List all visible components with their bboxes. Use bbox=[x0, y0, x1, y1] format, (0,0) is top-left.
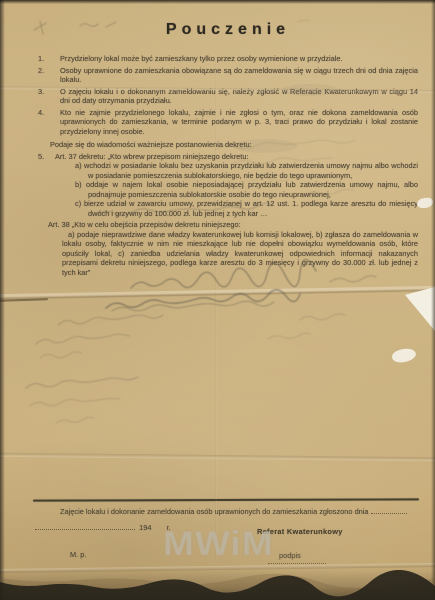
typed-content: Pouczenie 1. Przydzielony lokal może być… bbox=[38, 20, 418, 277]
signature-dotted-line bbox=[268, 562, 326, 564]
paper-damage-spot bbox=[391, 347, 417, 365]
date-fill-dots bbox=[371, 506, 407, 514]
article-37-point-c: c) bierze udział w zawarciu umowy, przew… bbox=[75, 199, 418, 218]
article-38-body: a) podaje nieprawdziwe dane władzy kwate… bbox=[62, 230, 418, 278]
item-number: 3. bbox=[38, 87, 60, 106]
item-number: 2. bbox=[38, 66, 60, 85]
handwritten-line bbox=[26, 377, 138, 388]
footer-date-line: 194r. bbox=[35, 522, 171, 533]
handwritten-line bbox=[36, 334, 129, 344]
handwritten-line bbox=[112, 301, 274, 311]
article-37-body: Art. 37 dekretu: „Kto wbrew przepisom ni… bbox=[55, 152, 418, 219]
paper-damage-spot bbox=[416, 197, 433, 209]
handwritten-line bbox=[40, 352, 82, 358]
list-item: 1. Przydzielony lokal może być zamieszka… bbox=[38, 54, 418, 64]
paper-crease bbox=[0, 286, 435, 301]
paper-crease-vertical bbox=[215, 60, 217, 560]
seal-abbreviation: M. p. bbox=[70, 550, 86, 560]
year-prefix: 194 bbox=[139, 523, 151, 532]
footer-declaration-line: Zajęcie lokalu i dokonanie zameldowania … bbox=[60, 506, 420, 517]
item-text: Osoby uprawnione do zamieszkania obowiąz… bbox=[60, 66, 418, 85]
footer-divider-line bbox=[33, 498, 419, 501]
handwritten-line bbox=[30, 399, 120, 407]
handwritten-line bbox=[106, 290, 300, 308]
document-title: Pouczenie bbox=[38, 20, 418, 40]
item-text: Przydzielony lokal może być zamieszkany … bbox=[60, 54, 418, 64]
signature-label: podpis bbox=[279, 551, 301, 561]
paper-crease-shadow bbox=[0, 298, 48, 302]
handwritten-line bbox=[268, 333, 310, 339]
museum-watermark: MWiM bbox=[163, 539, 274, 548]
article-37-lead: Art. 37 dekretu: „Kto wbrew przepisom ni… bbox=[55, 152, 418, 162]
list-item: 4. Kto nie zajmie przydzielonego lokalu,… bbox=[38, 108, 418, 137]
paper-tear-right-edge bbox=[405, 287, 435, 331]
item-number: 1. bbox=[38, 54, 60, 64]
handwritten-line bbox=[56, 417, 94, 423]
scanned-document-page: Pouczenie 1. Przydzielony lokal może być… bbox=[0, 0, 435, 600]
list-item: 3. O zajęciu lokalu i o dokonanym zameld… bbox=[38, 87, 418, 106]
scan-edge-bottom-shade bbox=[0, 570, 435, 600]
scan-edge-top bbox=[0, 0, 435, 4]
article-37-point-a: a) wchodzi w posiadanie lokalu bez uzysk… bbox=[75, 161, 418, 180]
date-fill-dots bbox=[35, 522, 135, 530]
article-37: 5. Art. 37 dekretu: „Kto wbrew przepisom… bbox=[38, 152, 418, 219]
list-item: 2. Osoby uprawnione do zamieszkania obow… bbox=[38, 66, 418, 85]
handwritten-line bbox=[300, 314, 345, 320]
item-number: 5. bbox=[38, 152, 55, 219]
paper-crease bbox=[0, 453, 435, 462]
item-number: 4. bbox=[38, 108, 60, 137]
article-38-lead: Art. 38 „Kto w celu obejścia przepisów d… bbox=[48, 220, 418, 230]
decree-intro: Podaje się do wiadomości ważniejsze post… bbox=[50, 140, 418, 150]
article-37-point-b: b) oddaje w najem lokal osobie nieposiad… bbox=[75, 180, 418, 199]
handwritten-line bbox=[58, 315, 163, 325]
item-text: O zajęciu lokalu i o dokonanym zameldowa… bbox=[60, 87, 418, 106]
item-text: Kto nie zajmie przydzielonego lokalu, za… bbox=[60, 108, 418, 137]
